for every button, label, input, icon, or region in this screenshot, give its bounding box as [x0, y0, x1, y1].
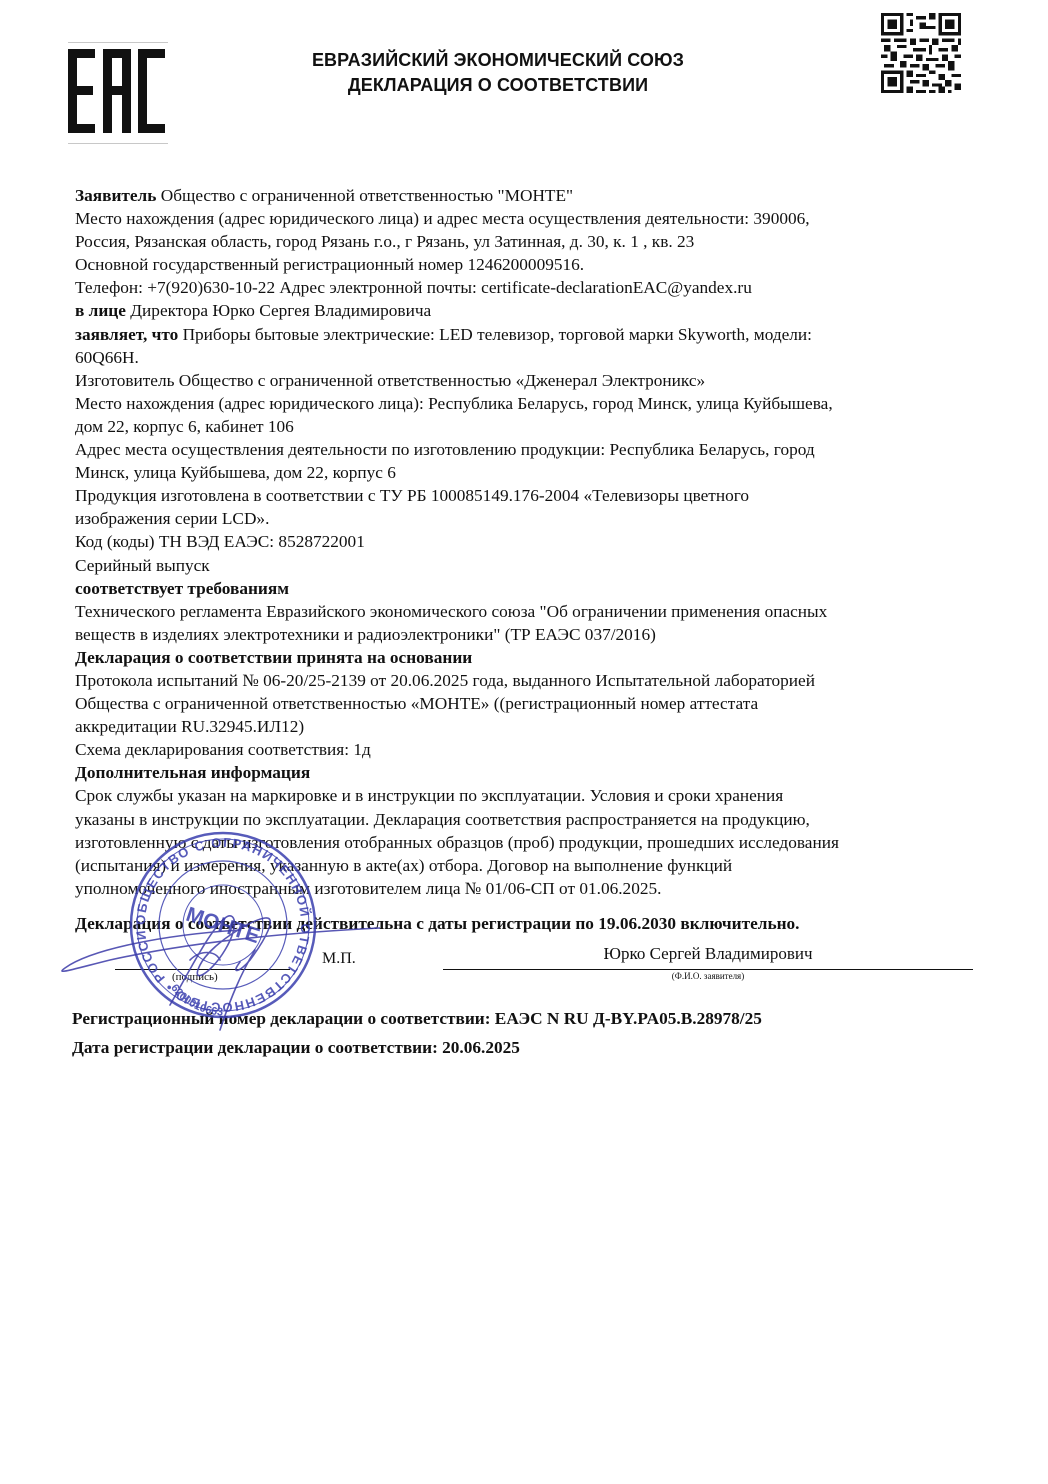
production-address-2: Минск, улица Куйбышева, дом 22, корпус 6: [75, 461, 955, 484]
represented-label: в лице: [75, 301, 126, 320]
regulation-1: Технического регламента Евразийского эко…: [75, 600, 955, 623]
additional-1: Срок службы указан на маркировке и в инс…: [75, 784, 955, 807]
declaration-page: ЕВРАЗИЙСКИЙ ЭКОНОМИЧЕСКИЙ СОЮЗ ДЕКЛАРАЦИ…: [0, 0, 1048, 1484]
qr-code-icon[interactable]: [880, 13, 962, 93]
basis-2: Общества с ограниченной ответственностью…: [75, 692, 955, 715]
additional-label: Дополнительная информация: [75, 761, 955, 784]
validity-statement: Декларация о соответствии действительна …: [75, 914, 800, 934]
declares-label: заявляет, что: [75, 325, 178, 344]
represented-line: в лице Директора Юрко Сергея Владимирови…: [75, 299, 955, 322]
hs-code: Код (коды) ТН ВЭД ЕАЭС: 8528722001: [75, 530, 955, 553]
basis-1: Протокола испытаний № 06-20/25-2139 от 2…: [75, 669, 955, 692]
product-description: Приборы бытовые электрические: LED телев…: [183, 325, 812, 344]
additional-5: уполномоченного иностранным изготовителе…: [75, 877, 955, 900]
additional-2: указаны в инструкции по эксплуатации. Де…: [75, 808, 955, 831]
additional-3: изготовленную с даты изготовления отобра…: [75, 831, 955, 854]
signer-name: Юрко Сергей Владимирович: [443, 944, 973, 964]
release-type: Серийный выпуск: [75, 554, 955, 577]
additional-4: (испытания) и измерения, указанную в акт…: [75, 854, 955, 877]
standard-1: Продукция изготовлена в соответствии с Т…: [75, 484, 955, 507]
document-title: ЕВРАЗИЙСКИЙ ЭКОНОМИЧЕСКИЙ СОЮЗ ДЕКЛАРАЦИ…: [200, 48, 796, 98]
compliance-label-text: соответствует требованиям: [75, 579, 289, 598]
applicant-name: Общество с ограниченной ответственностью…: [161, 186, 573, 205]
additional-label-text: Дополнительная информация: [75, 763, 310, 782]
eac-logo: [68, 42, 168, 144]
product-line-1: заявляет, что Приборы бытовые электричес…: [75, 323, 955, 346]
applicant-label: Заявитель: [75, 186, 156, 205]
signer-caption: (Ф.И.О. заявителя): [443, 971, 973, 981]
applicant-address-1: Место нахождения (адрес юридического лиц…: [75, 207, 955, 230]
compliance-label: соответствует требованиям: [75, 577, 955, 600]
title-declaration: ДЕКЛАРАЦИЯ О СООТВЕТСТВИИ: [200, 73, 796, 98]
regulation-2: веществ в изделиях электротехники и ради…: [75, 623, 955, 646]
applicant-contacts: Телефон: +7(920)630-10-22 Адрес электрон…: [75, 276, 955, 299]
eac-mark-icon: [68, 49, 165, 133]
product-line-2: 60Q66H.: [75, 346, 955, 369]
declaration-body: Заявитель Общество с ограниченной ответс…: [75, 184, 955, 900]
applicant-line: Заявитель Общество с ограниченной ответс…: [75, 184, 955, 207]
basis-label-text: Декларация о соответствии принята на осн…: [75, 648, 472, 667]
logo-rule-bottom: [68, 143, 168, 144]
registration-date: Дата регистрации декларации о соответств…: [72, 1038, 520, 1058]
basis-3: аккредитации RU.32945.ИЛ12): [75, 715, 955, 738]
production-address-1: Адрес места осуществления деятельности п…: [75, 438, 955, 461]
signature-caption: (подпись): [172, 971, 218, 983]
manufacturer: Изготовитель Общество с ограниченной отв…: [75, 369, 955, 392]
signer-name-line: [443, 969, 973, 970]
registration-number: Регистрационный номер декларации о соотв…: [72, 1009, 762, 1029]
applicant-address-2: Россия, Рязанская область, город Рязань …: [75, 230, 955, 253]
basis-label: Декларация о соответствии принята на осн…: [75, 646, 955, 669]
title-union: ЕВРАЗИЙСКИЙ ЭКОНОМИЧЕСКИЙ СОЮЗ: [200, 48, 796, 73]
manufacturer-address-2: дом 22, корпус 6, кабинет 106: [75, 415, 955, 438]
applicant-ogrn: Основной государственный регистрационный…: [75, 253, 955, 276]
represented-by: Директора Юрко Сергея Владимировича: [130, 301, 431, 320]
manufacturer-address-1: Место нахождения (адрес юридического лиц…: [75, 392, 955, 415]
scheme: Схема декларирования соответствия: 1д: [75, 738, 955, 761]
logo-rule-top: [68, 42, 168, 43]
standard-2: изображения серии LCD».: [75, 507, 955, 530]
stamp-place-label: М.П.: [322, 950, 356, 968]
signature-line: [115, 969, 290, 970]
